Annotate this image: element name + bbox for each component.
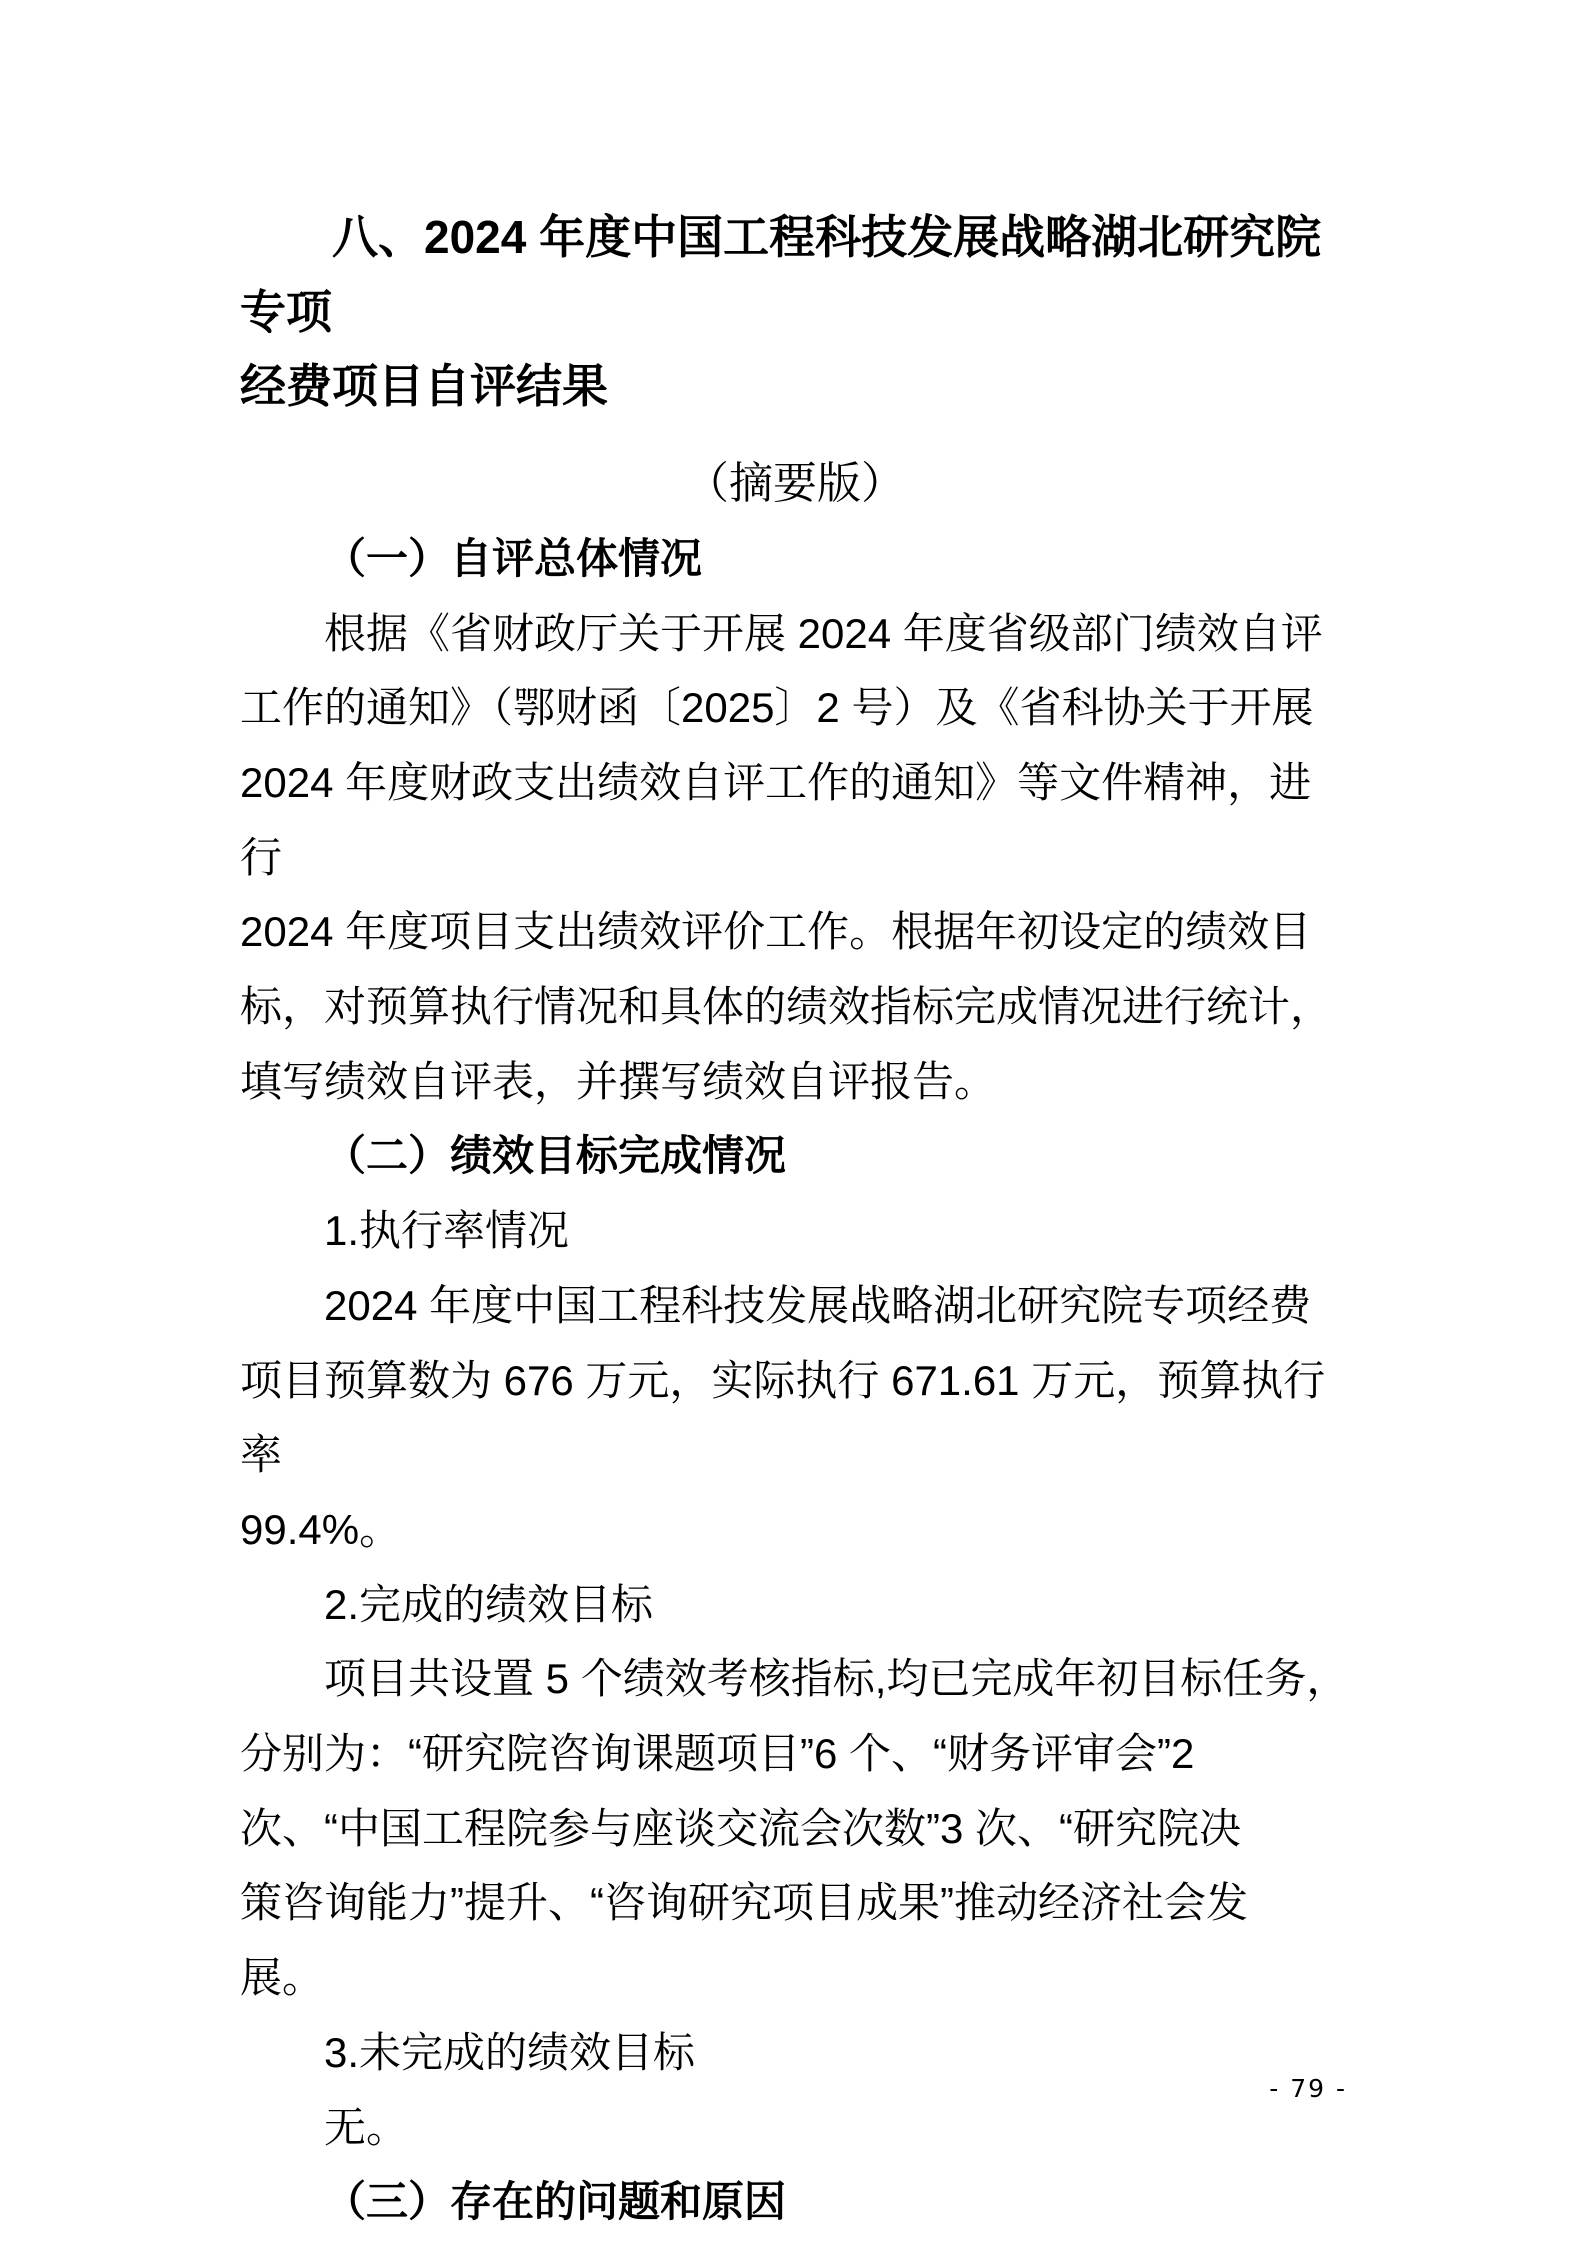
document-page: 八、2024 年度中国工程科技发展战略湖北研究院专项经费项目自评结果（摘要版）（…: [0, 0, 1587, 2245]
doc-line-10: 填写绩效自评表，并撰写绩效自评报告。: [240, 1045, 1350, 1120]
doc-line-13: 2024 年度中国工程科技发展战略湖北研究院专项经费: [240, 1269, 1350, 1344]
doc-line-17: 项目共设置 5 个绩效考核指标,均已完成年初目标任务，: [240, 1642, 1350, 1717]
doc-line-21: 展。: [240, 1941, 1350, 2016]
doc-line-16: 2.完成的绩效目标: [240, 1568, 1350, 1643]
doc-line-8: 2024 年度项目支出绩效评价工作。根据年初设定的绩效目: [240, 895, 1350, 970]
doc-line-23: 无。: [240, 2091, 1350, 2166]
doc-line-20: 策咨询能力”提升、“咨询研究项目成果”推动经济社会发: [240, 1866, 1350, 1941]
doc-line-12: 1.执行率情况: [240, 1194, 1350, 1269]
doc-line-22: 3.未完成的绩效目标: [240, 2016, 1350, 2091]
doc-line-3: （摘要版）: [240, 447, 1350, 522]
doc-line-7: 2024 年度财政支出绩效自评工作的通知》等文件精神，进行: [240, 746, 1350, 895]
doc-line-5: 根据《省财政厅关于开展 2024 年度省级部门绩效自评: [240, 597, 1350, 672]
doc-line-9: 标，对预算执行情况和具体的绩效指标完成情况进行统计，: [240, 970, 1350, 1045]
doc-line-14: 项目预算数为 676 万元，实际执行 671.61 万元，预算执行率: [240, 1344, 1350, 1493]
doc-line-1: 八、2024 年度中国工程科技发展战略湖北研究院专项: [240, 200, 1350, 349]
doc-line-2: 经费项目自评结果: [240, 349, 1350, 424]
doc-line-24: （三）存在的问题和原因: [240, 2165, 1350, 2240]
doc-line-18: 分别为：“研究院咨询课题项目”6 个、“财务评审会”2: [240, 1717, 1350, 1792]
doc-line-6: 工作的通知》（鄂财函〔2025〕2 号）及《省科协关于开展: [240, 671, 1350, 746]
doc-line-11: （二）绩效目标完成情况: [240, 1119, 1350, 1194]
document-body: 八、2024 年度中国工程科技发展战略湖北研究院专项经费项目自评结果（摘要版）（…: [240, 200, 1350, 2240]
page-number: - 79 -: [1269, 2072, 1347, 2106]
doc-line-19: 次、“中国工程院参与座谈交流会次数”3 次、“研究院决: [240, 1792, 1350, 1867]
doc-line-4: （一）自评总体情况: [240, 522, 1350, 597]
doc-line-15: 99.4%。: [240, 1493, 1350, 1568]
